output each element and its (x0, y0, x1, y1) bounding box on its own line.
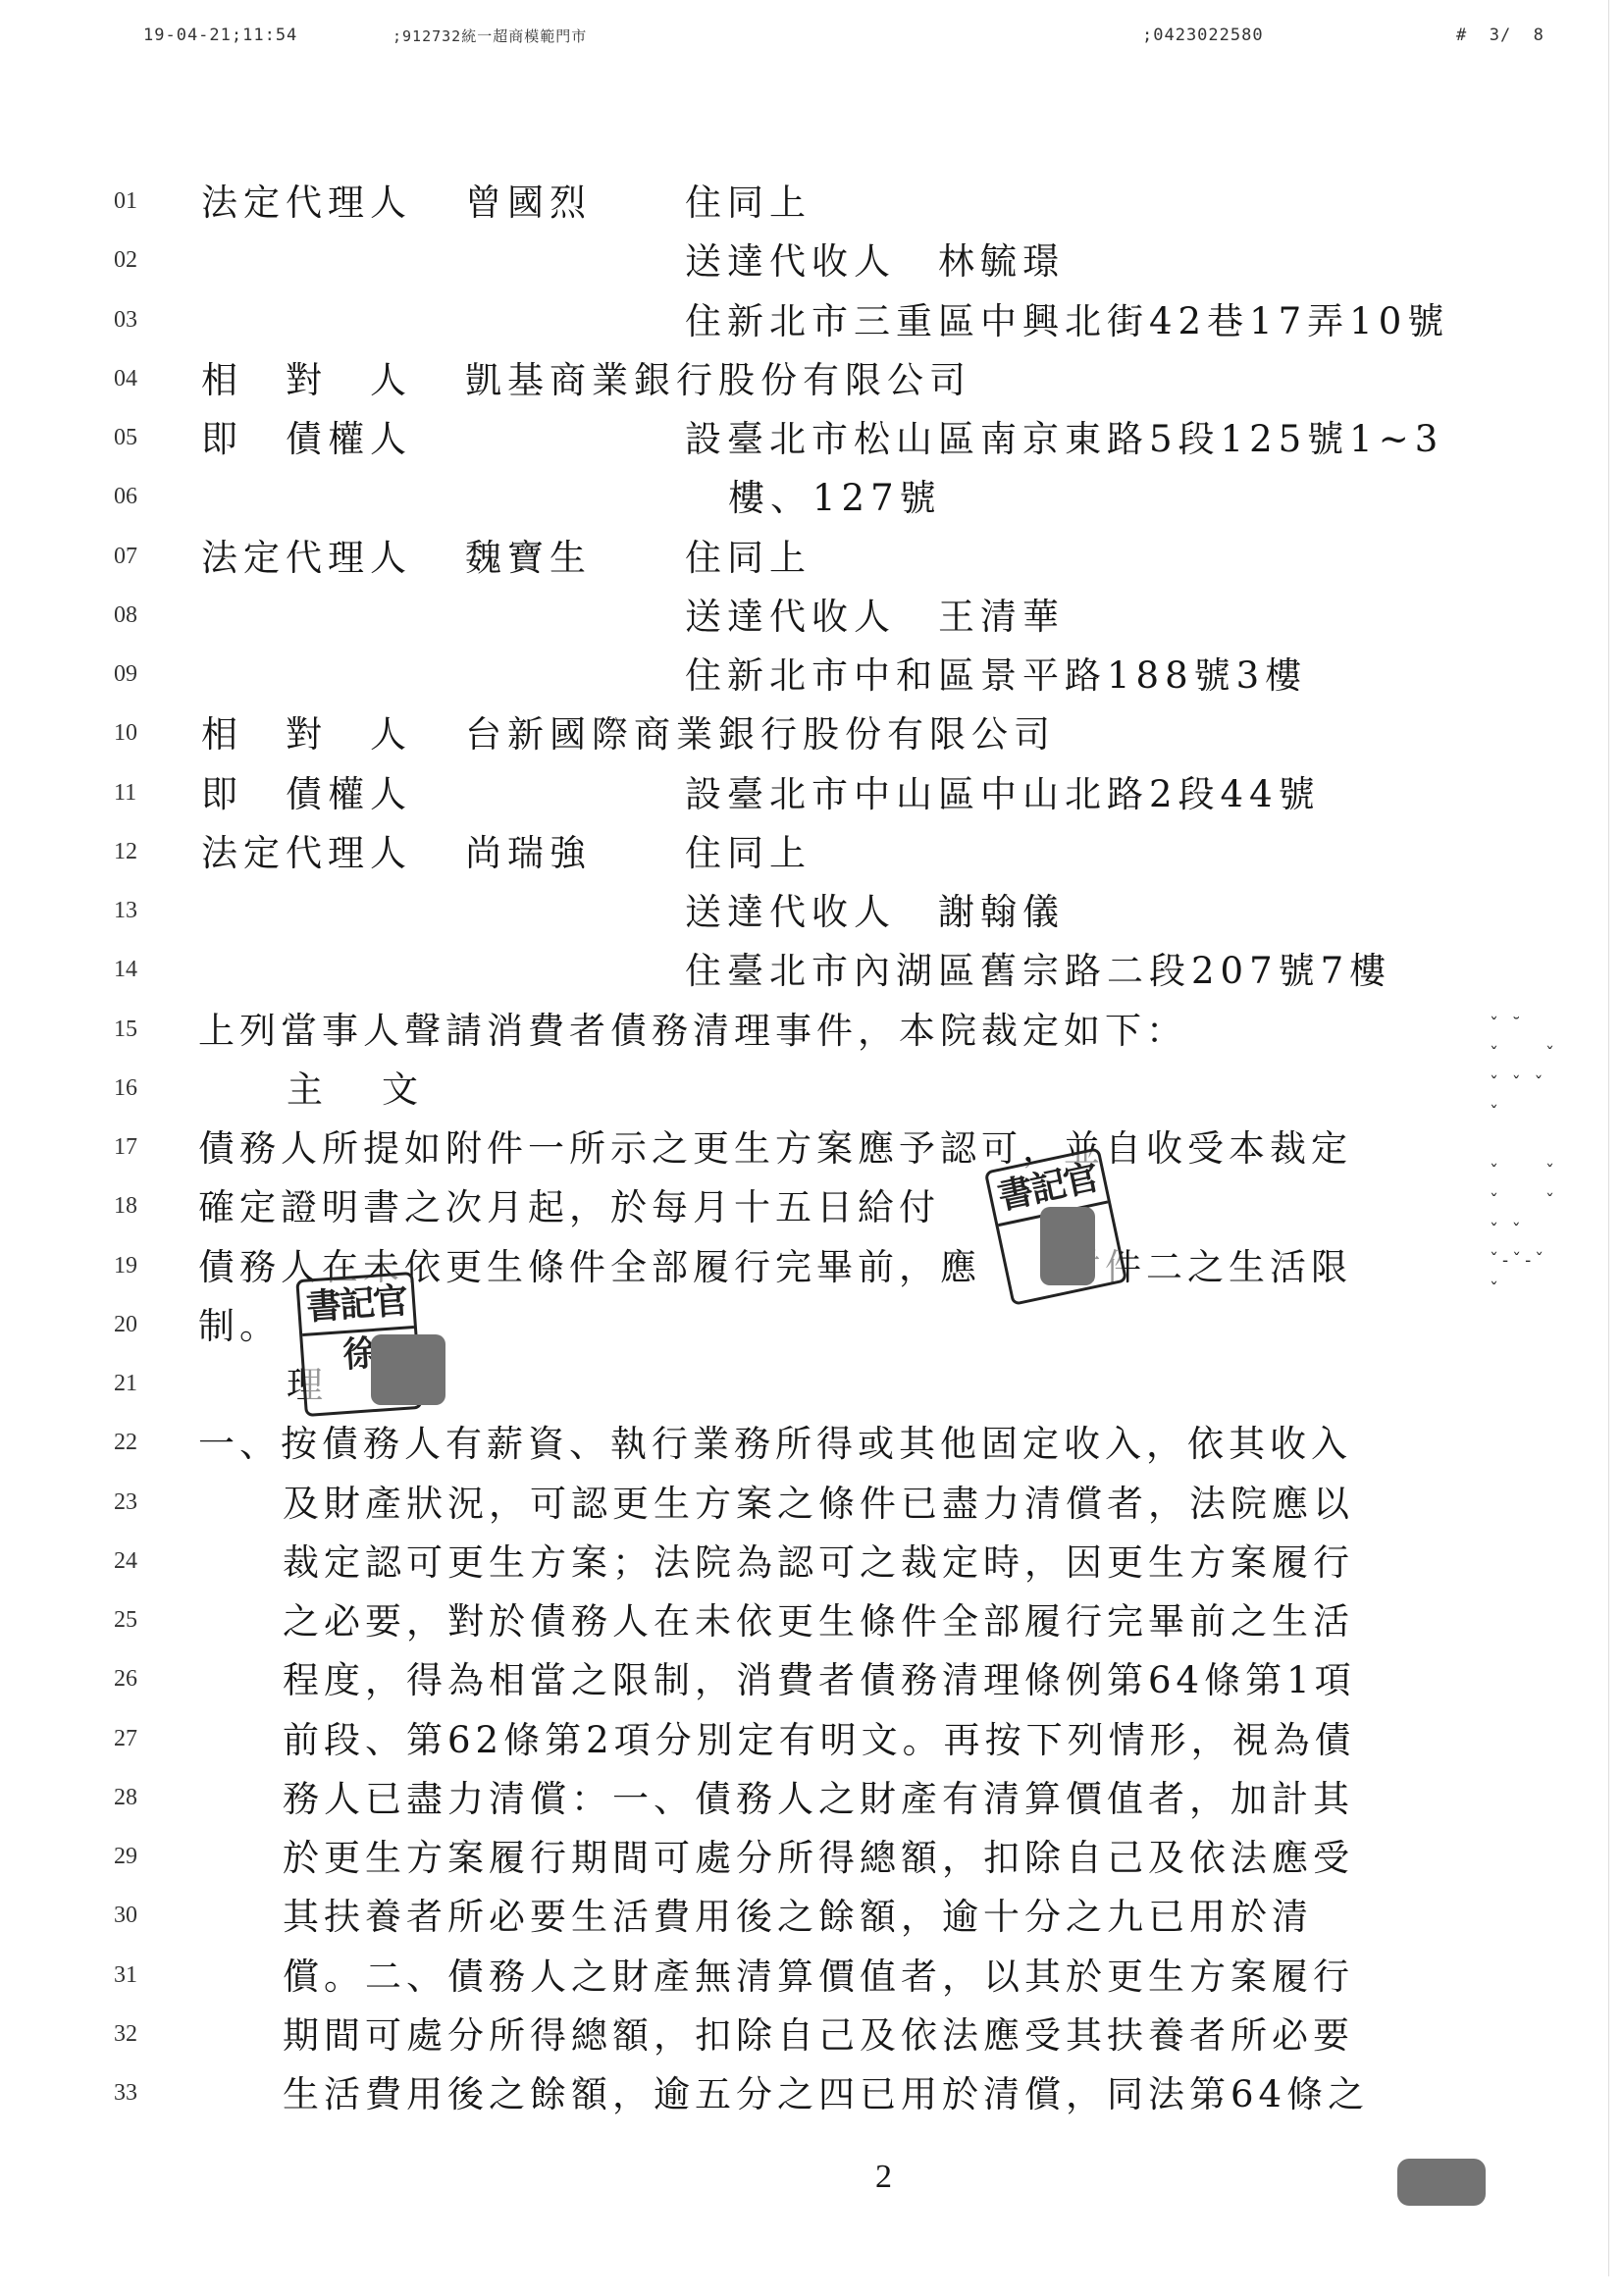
party-name: 台新國際商業銀行股份有限公司 (465, 710, 1056, 759)
party-name: 曾國烈 (465, 179, 592, 228)
line-number: 32 (114, 2021, 153, 2048)
document-line: 01法定代理人曾國烈住同上 (0, 179, 1623, 228)
redaction-block (371, 1334, 445, 1405)
fax-sender: ;912732統一超商模範門市 (393, 26, 587, 46)
body-text: 債務人所提如附件一所示之更生方案應予認可，並自收受本裁定 (198, 1124, 1352, 1174)
seam-seal-marks: ˇ ˘ˇ ˇˇ ˇ ˇ ˇˇ ˇˇ ˇˇ ˇˇ-ˇ-ˇ ˇ (1490, 1011, 1558, 1236)
document-line: 20制。 (0, 1302, 1623, 1351)
body-text: 程度，得為相當之限制，消費者債務清理條例第64條第1項 (283, 1656, 1356, 1705)
body-text: 之必要，對於債務人在未依更生條件全部履行完畢前之生活 (283, 1597, 1354, 1646)
document-line: 12法定代理人尚瑞強住同上 (0, 829, 1623, 878)
document-line: 16主文 (0, 1066, 1623, 1115)
body-text: 其扶養者所必要生活費用後之餘額，逾十分之九已用於清 (283, 1893, 1313, 1942)
party-address-continued: 樓、127號 (728, 474, 942, 523)
line-number: 28 (114, 1785, 153, 1811)
line-number: 05 (114, 425, 153, 451)
document-line: 04相 對 人凱基商業銀行股份有限公司 (0, 356, 1623, 405)
party-address: 住同上 (685, 179, 811, 228)
document-line: 30其扶養者所必要生活費用後之餘額，逾十分之九已用於清 (0, 1893, 1623, 1942)
party-address: 設臺北市中山區中山北路2段44號 (685, 770, 1321, 819)
line-number: 13 (114, 898, 153, 924)
line-number: 01 (114, 188, 153, 215)
document-line: 19債務人在未依更生條件全部履行完畢前，應 附件二之生活限 (0, 1243, 1623, 1292)
fax-header: 19-04-21;11:54 ;912732統一超商模範門市 ;04230225… (0, 26, 1623, 55)
line-number: 25 (114, 1607, 153, 1634)
document-line: 11即 債權人設臺北市中山區中山北路2段44號 (0, 770, 1623, 819)
party-name: 魏寶生 (465, 534, 592, 583)
redaction-block (1397, 2159, 1486, 2206)
document-line: 23及財產狀況，可認更生方案之條件已盡力清償者，法院應以 (0, 1480, 1623, 1529)
line-number: 20 (114, 1312, 153, 1338)
party-address: 送達代收人 王清華 (685, 593, 1065, 642)
line-number: 19 (114, 1253, 153, 1279)
line-number: 26 (114, 1666, 153, 1693)
document-line: 17債務人所提如附件一所示之更生方案應予認可，並自收受本裁定 (0, 1124, 1623, 1174)
line-number: 23 (114, 1489, 153, 1516)
line-number: 22 (114, 1430, 153, 1456)
line-number: 10 (114, 720, 153, 747)
body-text: 償。二、債務人之財產無清算價值者，以其於更生方案履行 (283, 1953, 1354, 2002)
line-number: 14 (114, 957, 153, 983)
body-text: 制。 (198, 1302, 281, 1351)
line-number: 18 (114, 1193, 153, 1220)
line-number: 21 (114, 1371, 153, 1397)
document-line: 10相 對 人台新國際商業銀行股份有限公司 (0, 710, 1623, 759)
line-number: 17 (114, 1134, 153, 1161)
party-address: 住同上 (685, 829, 811, 878)
body-text: 生活費用後之餘額，逾五分之四已用於清償，同法第64條之 (283, 2070, 1369, 2119)
document-line: 27前段、第62條第2項分別定有明文。再按下列情形，視為債 (0, 1716, 1623, 1765)
document-line: 07法定代理人魏寶生住同上 (0, 534, 1623, 583)
party-role: 法定代理人 (201, 829, 412, 878)
section-heading: 主文 (287, 1066, 477, 1115)
document-line: 08送達代收人 王清華 (0, 593, 1623, 642)
body-text: 前段、第62條第2項分別定有明文。再按下列情形，視為債 (283, 1716, 1356, 1765)
party-role: 即 債權人 (201, 770, 412, 819)
party-address: 送達代收人 謝翰儀 (685, 888, 1065, 937)
party-role: 相 對 人 (201, 356, 412, 405)
party-name: 尚瑞強 (465, 829, 592, 878)
party-address: 住新北市三重區中興北街42巷17弄10號 (685, 297, 1449, 346)
document-line: 22一、按債務人有薪資、執行業務所得或其他固定收入，依其收入 (0, 1420, 1623, 1469)
line-number: 29 (114, 1844, 153, 1870)
party-address: 送達代收人 林毓璟 (685, 237, 1065, 287)
document-line: 32期間可處分所得總額，扣除自己及依法應受其扶養者所必要 (0, 2011, 1623, 2061)
line-number: 06 (114, 484, 153, 510)
document-line: 18確定證明書之次月起，於每月十五日給付 (0, 1183, 1623, 1232)
body-text: 務人已盡力清償：一、債務人之財產有清算價值者，加計其 (283, 1775, 1354, 1824)
document-line: 09住新北市中和區景平路188號3樓 (0, 652, 1623, 701)
body-text: 一、按債務人有薪資、執行業務所得或其他固定收入，依其收入 (198, 1420, 1352, 1469)
fax-timestamp: 19-04-21;11:54 (143, 26, 297, 45)
document-line: 26程度，得為相當之限制，消費者債務清理條例第64條第1項 (0, 1656, 1623, 1705)
page-number: 2 (875, 2159, 892, 2196)
line-number: 33 (114, 2080, 153, 2107)
line-number: 16 (114, 1075, 153, 1102)
party-role: 法定代理人 (201, 179, 412, 228)
party-role: 法定代理人 (201, 534, 412, 583)
line-number: 03 (114, 307, 153, 334)
document-line: 29於更生方案履行期間可處分所得總額，扣除自己及依法應受 (0, 1834, 1623, 1883)
line-number: 04 (114, 366, 153, 392)
party-address: 設臺北市松山區南京東路5段125號1~3 (685, 415, 1443, 464)
party-role: 即 債權人 (201, 415, 412, 464)
fax-page-count: # 3/ 8 (1456, 26, 1544, 45)
document-line: 24裁定認可更生方案；法院為認可之裁定時，因更生方案履行 (0, 1539, 1623, 1588)
line-number: 15 (114, 1017, 153, 1043)
line-number: 12 (114, 839, 153, 865)
document-line: 14住臺北市內湖區舊宗路二段207號7樓 (0, 947, 1623, 996)
fax-phone: ;0423022580 (1142, 26, 1264, 45)
body-text: 裁定認可更生方案；法院為認可之裁定時，因更生方案履行 (283, 1539, 1354, 1588)
body-text: 於更生方案履行期間可處分所得總額，扣除自己及依法應受 (283, 1834, 1354, 1883)
body-text: 確定證明書之次月起，於每月十五日給付 (198, 1183, 940, 1232)
document-line: 06樓、127號 (0, 474, 1623, 523)
stamp-title: 書記官 (299, 1278, 414, 1336)
party-address: 住臺北市內湖區舊宗路二段207號7樓 (685, 947, 1391, 996)
party-role: 相 對 人 (201, 710, 412, 759)
line-number: 11 (114, 780, 153, 807)
document-line: 28務人已盡力清償：一、債務人之財產有清算價值者，加計其 (0, 1775, 1623, 1824)
line-number: 31 (114, 1962, 153, 1989)
body-text: 上列當事人聲請消費者債務清理事件，本院裁定如下： (198, 1007, 1187, 1056)
body-text: 期間可處分所得總額，扣除自己及依法應受其扶養者所必要 (283, 2011, 1354, 2061)
party-address: 住同上 (685, 534, 811, 583)
document-line: 31償。二、債務人之財產無清算價值者，以其於更生方案履行 (0, 1953, 1623, 2002)
body-text: 及財產狀況，可認更生方案之條件已盡力清償者，法院應以 (283, 1480, 1354, 1529)
document-line: 15上列當事人聲請消費者債務清理事件，本院裁定如下： (0, 1007, 1623, 1056)
party-address: 住新北市中和區景平路188號3樓 (685, 652, 1307, 701)
party-name: 凱基商業銀行股份有限公司 (465, 356, 971, 405)
document-line: 03住新北市三重區中興北街42巷17弄10號 (0, 297, 1623, 346)
line-number: 02 (114, 247, 153, 274)
line-number: 07 (114, 544, 153, 570)
document-line: 05即 債權人設臺北市松山區南京東路5段125號1~3 (0, 415, 1623, 464)
line-number: 08 (114, 602, 153, 629)
redaction-block (1040, 1207, 1095, 1285)
line-number: 27 (114, 1726, 153, 1752)
line-number: 24 (114, 1548, 153, 1575)
line-number: 09 (114, 661, 153, 688)
document-line: 25之必要，對於債務人在未依更生條件全部履行完畢前之生活 (0, 1597, 1623, 1646)
document-line: 13送達代收人 謝翰儀 (0, 888, 1623, 937)
line-number: 30 (114, 1903, 153, 1929)
document-line: 33生活費用後之餘額，逾五分之四已用於清償，同法第64條之 (0, 2070, 1623, 2119)
document-line: 02送達代收人 林毓璟 (0, 237, 1623, 287)
document-line: 21理 (0, 1361, 1623, 1410)
